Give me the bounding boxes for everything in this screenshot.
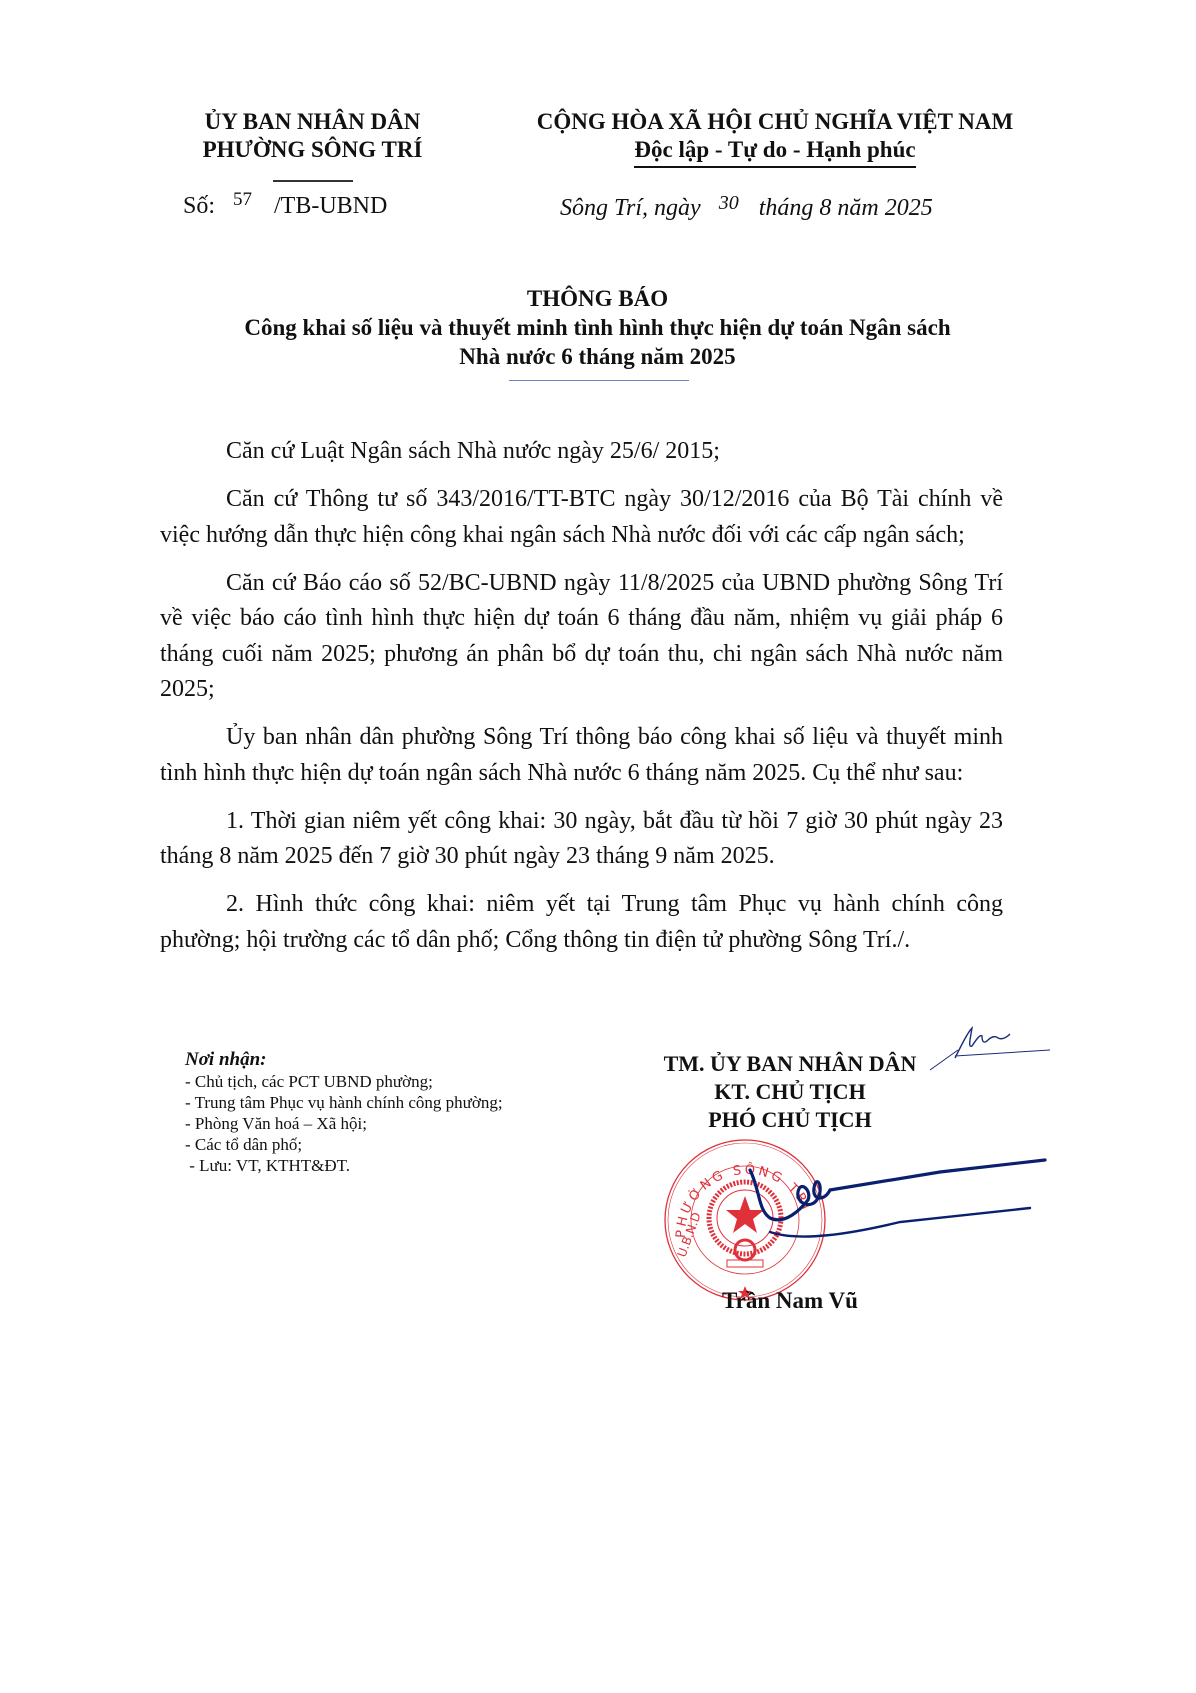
national-title: CỘNG HÒA XÃ HỘI CHỦ NGHĨA VIỆT NAM Độc l… — [470, 108, 1080, 168]
org-divider — [273, 180, 353, 182]
document-body: Căn cứ Luật Ngân sách Nhà nước ngày 25/6… — [160, 434, 1003, 971]
recipient-item: - Lưu: VT, KTHT&ĐT. — [185, 1155, 605, 1176]
signature-line-3: PHÓ CHỦ TỊCH — [630, 1106, 950, 1134]
recipients-label: Nơi nhận: — [185, 1049, 605, 1071]
issuing-organization: ỦY BAN NHÂN DÂN PHƯỜNG SÔNG TRÍ — [175, 108, 450, 164]
recipients-block: Nơi nhận: - Chủ tịch, các PCT UBND phườn… — [185, 1049, 605, 1176]
recipient-item: - Phòng Văn hoá – Xã hội; — [185, 1113, 605, 1134]
body-paragraph: Căn cứ Luật Ngân sách Nhà nước ngày 25/6… — [160, 434, 1003, 470]
signer-name: Trần Nam Vũ — [630, 1288, 950, 1314]
org-line-1: ỦY BAN NHÂN DÂN — [175, 108, 450, 136]
document-number: Số:57/TB-UBND — [183, 193, 387, 220]
body-paragraph: 1. Thời gian niêm yết công khai: 30 ngày… — [160, 804, 1003, 875]
doc-number-prefix: Số: — [183, 193, 215, 219]
place-and-date: Sông Trí, ngày30tháng 8 năm 2025 — [560, 195, 933, 222]
place-date-prefix: Sông Trí, ngày — [560, 195, 701, 221]
document-title: THÔNG BÁO Công khai số liệu và thuyết mi… — [140, 284, 1055, 371]
date-day: 30 — [701, 192, 759, 214]
title-subtitle-line-1: Công khai số liệu và thuyết minh tình hì… — [140, 313, 1055, 342]
body-paragraph: Căn cứ Báo cáo số 52/BC-UBND ngày 11/8/2… — [160, 566, 1003, 708]
doc-number-value: 57 — [215, 189, 274, 210]
recipient-item: - Chủ tịch, các PCT UBND phường; — [185, 1071, 605, 1092]
title-divider — [509, 380, 689, 381]
signature-line-1: TM. ỦY BAN NHÂN DÂN — [630, 1050, 950, 1078]
nation-name: CỘNG HÒA XÃ HỘI CHỦ NGHĨA VIỆT NAM — [470, 108, 1080, 136]
title-subtitle-line-2: Nhà nước 6 tháng năm 2025 — [140, 342, 1055, 371]
body-paragraph: Ủy ban nhân dân phường Sông Trí thông bá… — [160, 720, 1003, 791]
signature-block: TM. ỦY BAN NHÂN DÂN KT. CHỦ TỊCH PHÓ CHỦ… — [630, 1050, 950, 1134]
signature-line-2: KT. CHỦ TỊCH — [630, 1078, 950, 1106]
title-heading: THÔNG BÁO — [140, 284, 1055, 313]
national-motto: Độc lập - Tự do - Hạnh phúc — [634, 136, 915, 168]
body-paragraph: Căn cứ Thông tư số 343/2016/TT-BTC ngày … — [160, 482, 1003, 553]
recipient-item: - Trung tâm Phục vụ hành chính công phườ… — [185, 1092, 605, 1113]
place-date-suffix: tháng 8 năm 2025 — [759, 195, 933, 221]
doc-number-suffix: /TB-UBND — [274, 193, 387, 219]
org-line-2: PHƯỜNG SÔNG TRÍ — [175, 136, 450, 164]
recipient-item: - Các tổ dân phố; — [185, 1134, 605, 1155]
body-paragraph: 2. Hình thức công khai: niêm yết tại Tru… — [160, 887, 1003, 958]
